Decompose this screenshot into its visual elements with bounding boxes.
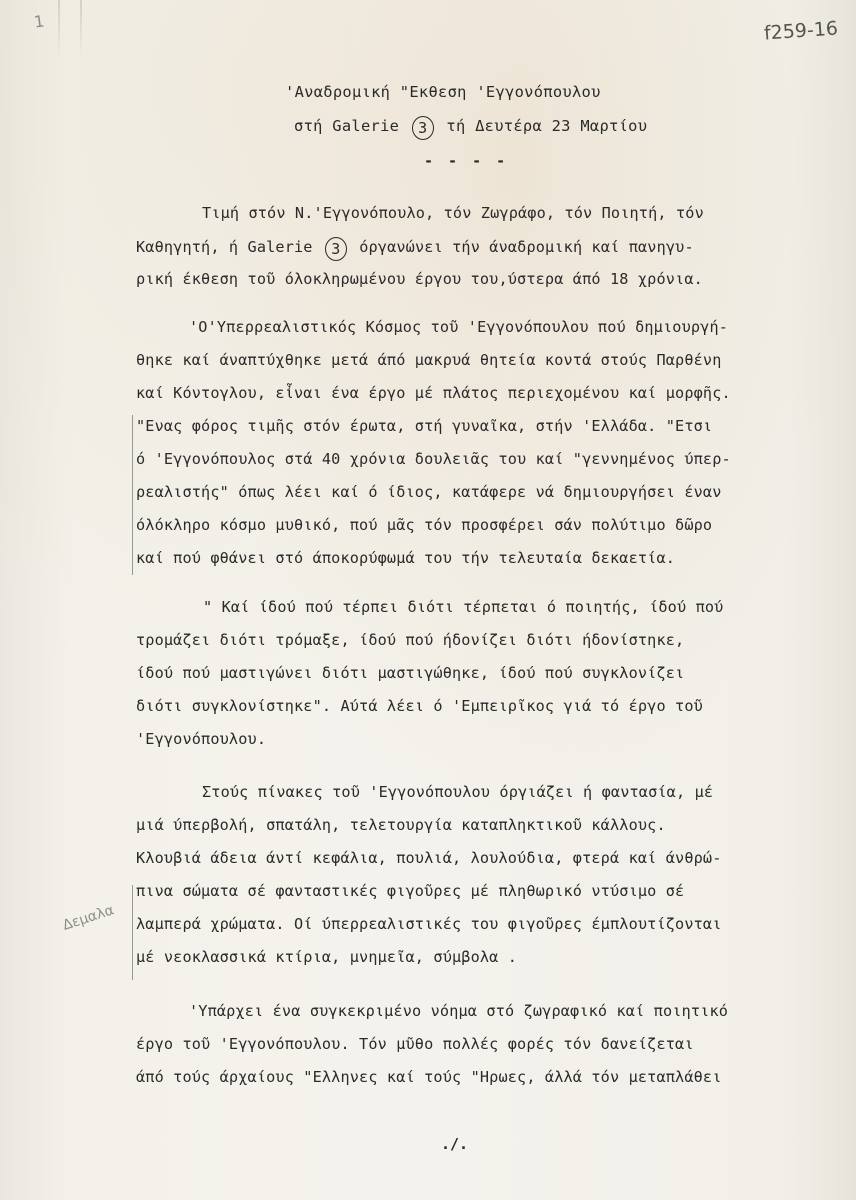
paragraph-3-line: 'Εγγονόπουλου. bbox=[136, 730, 266, 748]
text-segment: Καθηγητή, ή Galerie bbox=[136, 238, 313, 256]
paragraph-4-line: λαμπερά χρώματα. Οί ύπερρεαλιστικές του … bbox=[136, 915, 722, 933]
paragraph-4-line: πινα σώματα σέ φανταστικές φιγοῦρες μέ π… bbox=[136, 882, 684, 900]
paragraph-4-line: μέ νεοκλασσικά κτίρια, μνημεῖα, σύμβολα … bbox=[136, 948, 517, 966]
circled-gallery-number: 3 bbox=[412, 116, 434, 140]
paragraph-5-line: άπό τούς άρχαίους "Ελληνες καί τούς "Ηρω… bbox=[136, 1068, 722, 1086]
paragraph-2-line: 'Ο'Υπερρεαλιστικός Κόσμος τοῦ 'Εγγονόπου… bbox=[189, 318, 728, 336]
paragraph-5-line: 'Υπάρχει ένα συγκεκριμένο νόημα στό ζωγρ… bbox=[189, 1002, 728, 1020]
page-continuation-mark: ./. bbox=[441, 1135, 468, 1153]
paragraph-4-line: Στούς πίνακες τοῦ 'Εγγονόπουλου όργιάζει… bbox=[202, 783, 713, 801]
document-title-line-1: 'Αναδρομική "Εκθεση 'Εγγονόπουλου bbox=[285, 83, 601, 101]
paper-fold-line bbox=[80, 0, 82, 60]
pencil-margin-bracket bbox=[132, 415, 133, 575]
paper-fold-line bbox=[58, 0, 60, 60]
paragraph-3-line: " Καί ίδού πού τέρπει διότι τέρπεται ό π… bbox=[203, 598, 723, 616]
handwritten-corner-mark: 1 bbox=[33, 11, 46, 31]
document-title-line-2: στή Galerie 3 τή Δευτέρα 23 Μαρτίου bbox=[294, 116, 647, 140]
title-date-text: τή Δευτέρα 23 Μαρτίου bbox=[446, 117, 647, 135]
handwritten-archive-reference: f259-16 bbox=[763, 17, 838, 44]
title-venue-text: στή Galerie bbox=[294, 117, 399, 135]
paragraph-3-line: ίδού πού μαστιγώνει διότι μαστιγώθηκε, ί… bbox=[136, 664, 684, 682]
paragraph-2-line: θηκε καί άναπτύχθηκε μετά άπό μακρυά θητ… bbox=[136, 351, 722, 369]
text-segment: όργανώνει τήν άναδρομική καί πανηγυ- bbox=[359, 238, 694, 256]
paragraph-2-line: "Ενας φόρος τιμῆς στόν έρωτα, στή γυναῖκ… bbox=[136, 417, 712, 435]
pencil-margin-bracket bbox=[132, 885, 133, 980]
handwritten-margin-note: Δεμαλα bbox=[61, 902, 116, 934]
title-separator: - - - - bbox=[424, 152, 508, 170]
paragraph-2-line: όλόκληρο κόσμο μυθικό, πού μᾶς τόν προσφ… bbox=[136, 516, 712, 534]
paragraph-2-line: καί πού φθάνει στό άποκορύφωμά του τήν τ… bbox=[136, 549, 675, 567]
circled-gallery-number: 3 bbox=[325, 237, 347, 261]
paragraph-2-line: ό 'Εγγονόπουλος στά 40 χρόνια δουλειᾶς τ… bbox=[136, 450, 731, 468]
paragraph-3-line: διότι συγκλονίστηκε". Αύτά λέει ό 'Εμπει… bbox=[136, 697, 703, 715]
paragraph-1-line: Τιμή στόν Ν.'Εγγονόπουλο, τόν Ζωγράφο, τ… bbox=[202, 204, 704, 222]
paragraph-1-line: Καθηγητή, ή Galerie 3 όργανώνει τήν άναδ… bbox=[136, 237, 694, 261]
paragraph-4-line: μιά ύπερβολή, σπατάλη, τελετουργία καταπ… bbox=[136, 816, 666, 834]
paragraph-1-line: ρική έκθεση τοῦ όλοκληρωμένου έργου του,… bbox=[136, 270, 703, 288]
scanned-document-page: 1 f259-16 'Αναδρομική "Εκθεση 'Εγγονόπου… bbox=[0, 0, 856, 1200]
paragraph-5-line: έργο τοῦ 'Εγγονόπουλου. Τόν μῦθο πολλές … bbox=[136, 1035, 694, 1053]
paragraph-4-line: Κλουβιά άδεια άντί κεφάλια, πουλιά, λουλ… bbox=[136, 849, 722, 867]
paragraph-2-line: καί Κόντογλου, εἶναι ένα έργο μέ πλάτος … bbox=[136, 384, 731, 402]
paragraph-2-line: ρεαλιστής" όπως λέει καί ό ίδιος, κατάφε… bbox=[136, 483, 722, 501]
paragraph-3-line: τρομάζει διότι τρόμαξε, ίδού πού ήδονίζε… bbox=[136, 631, 684, 649]
